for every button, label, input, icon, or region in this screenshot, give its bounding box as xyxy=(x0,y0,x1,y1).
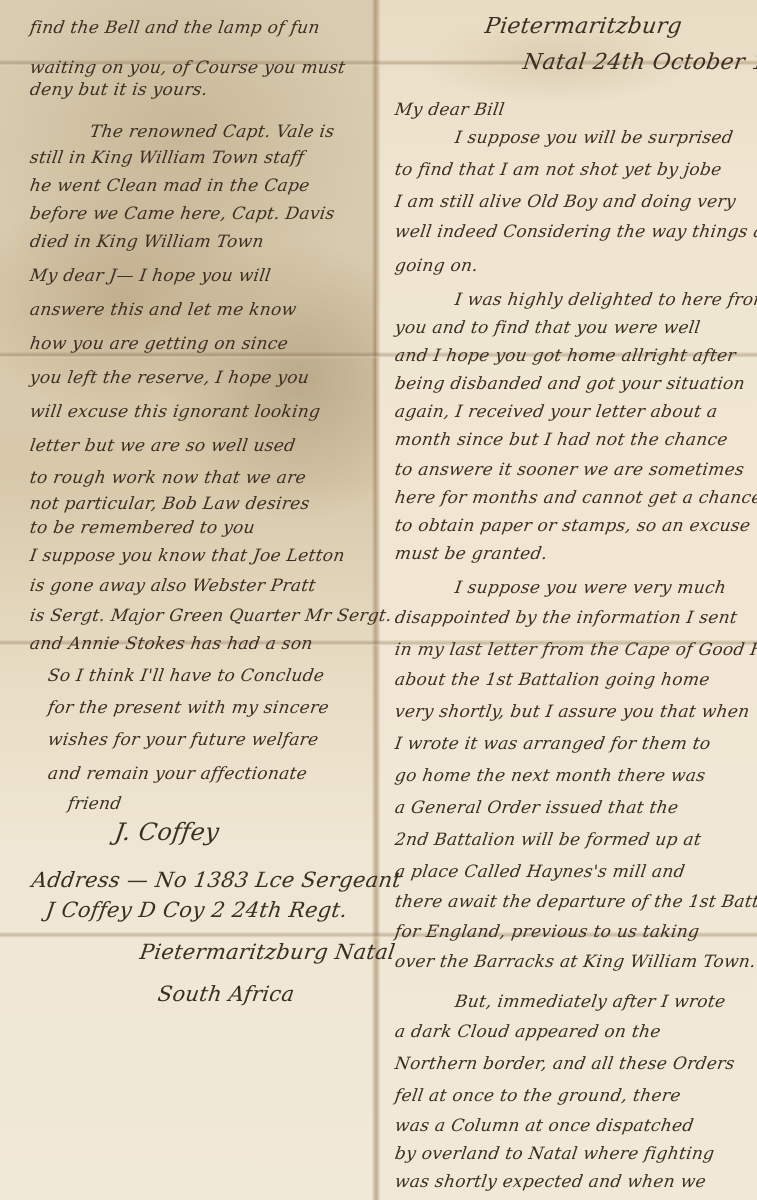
text-line: a dark Cloud appeared on the xyxy=(394,1022,663,1042)
text-line: and I hope you got home allright after xyxy=(394,346,738,366)
text-line: again, I received your letter about a xyxy=(394,402,719,422)
text-line: over the Barracks at King William Town. xyxy=(394,952,757,972)
text-line: to be remembered to you xyxy=(29,518,257,538)
text-line: well indeed Considering the way things a… xyxy=(394,222,757,242)
place-heading: Pietermaritzburg xyxy=(483,14,683,39)
text-line: and remain your affectionate xyxy=(47,764,309,784)
text-line: a General Order issued that the xyxy=(394,798,680,818)
text-line: to answere it sooner we are sometimes xyxy=(394,460,746,480)
text-line: about the 1st Battalion going home xyxy=(394,670,712,690)
text-line: he went Clean mad in the Cape xyxy=(29,176,311,196)
text-line: My dear J— I hope you will xyxy=(29,266,273,286)
text-line: deny but it is yours. xyxy=(29,80,209,100)
address-line: South Africa xyxy=(156,982,296,1006)
date-line: Natal 24th October 1878 xyxy=(521,50,757,75)
text-line: So I think I'll have to Conclude xyxy=(47,666,326,686)
text-line: month since but I had not the chance xyxy=(394,430,730,450)
text-line: disappointed by the information I sent xyxy=(394,608,739,628)
text-line: for England, previous to us taking xyxy=(394,922,701,942)
text-line: in my last letter from the Cape of Good … xyxy=(394,640,757,660)
text-line: going on. xyxy=(394,256,480,276)
text-line: to find that I am not shot yet by jobe xyxy=(394,160,723,180)
text-line: will excuse this ignorant looking xyxy=(29,402,322,422)
text-line: letter but we are so well used xyxy=(29,436,297,456)
text-line: I suppose you were very much xyxy=(394,578,728,598)
text-line: here for months and cannot get a chance xyxy=(394,488,757,508)
text-line: answere this and let me know xyxy=(29,300,298,320)
address-line: Pietermaritzburg Natal xyxy=(138,940,397,964)
text-line: is Sergt. Major Green Quarter Mr Sergt. xyxy=(29,606,394,626)
text-line: But, immediately after I wrote xyxy=(394,992,727,1012)
text-line: fell at once to the ground, there xyxy=(394,1086,682,1106)
text-line: is gone away also Webster Pratt xyxy=(29,576,318,596)
text-line: and Annie Stokes has had a son xyxy=(29,634,314,654)
text-line: very shortly, but I assure you that when xyxy=(394,702,751,722)
text-line: I was highly delighted to here from xyxy=(394,290,757,310)
salutation: My dear Bill xyxy=(394,100,506,120)
text-line: before we Came here, Capt. Davis xyxy=(29,204,336,224)
text-line: Northern border, and all these Orders xyxy=(394,1054,736,1074)
text-line: find the Bell and the lamp of fun xyxy=(29,18,321,38)
text-line: friend xyxy=(67,794,123,814)
text-line: was shortly expected and when we xyxy=(394,1172,708,1192)
text-line: The renowned Capt. Vale is xyxy=(29,122,336,142)
text-line: must be granted. xyxy=(394,544,549,564)
text-line: not particular, Bob Law desires xyxy=(29,494,311,514)
text-line: being disbanded and got your situation xyxy=(394,374,747,394)
text-line: waiting on you, of Course you must xyxy=(29,58,347,78)
text-line: you and to find that you were well xyxy=(394,318,702,338)
signature: J. Coffey xyxy=(113,818,221,846)
address-line: J Coffey D Coy 2 24th Regt. xyxy=(44,898,349,922)
text-line: died in King William Town xyxy=(29,232,265,252)
text-line: I am still alive Old Boy and doing very xyxy=(394,192,738,212)
text-line: I suppose you will be surprised xyxy=(394,128,735,148)
address-line: Address — No 1383 Lce Sergeant xyxy=(30,868,403,892)
text-line: to rough work now that we are xyxy=(29,468,308,488)
vertical-fold xyxy=(372,0,380,1200)
text-line: I suppose you know that Joe Letton xyxy=(29,546,346,566)
text-line: a place Called Haynes's mill and xyxy=(394,862,687,882)
letter-sheet: find the Bell and the lamp of fun waitin… xyxy=(0,0,757,1200)
text-line: there await the departure of the 1st Bat… xyxy=(394,892,757,912)
right-page xyxy=(376,0,757,1200)
text-line: to obtain paper or stamps, so an excuse xyxy=(394,516,752,536)
text-line: go home the next month there was xyxy=(394,766,707,786)
text-line: for the present with my sincere xyxy=(47,698,331,718)
text-line: 2nd Battalion will be formed up at xyxy=(394,830,703,850)
text-line: I wrote it was arranged for them to xyxy=(394,734,712,754)
text-line: wishes for your future welfare xyxy=(47,730,320,750)
text-line: by overland to Natal where fighting xyxy=(394,1144,716,1164)
text-line: how you are getting on since xyxy=(29,334,290,354)
text-line: was a Column at once dispatched xyxy=(394,1116,695,1136)
text-line: still in King William Town staff xyxy=(29,148,306,168)
text-line: you left the reserve, I hope you xyxy=(29,368,311,388)
